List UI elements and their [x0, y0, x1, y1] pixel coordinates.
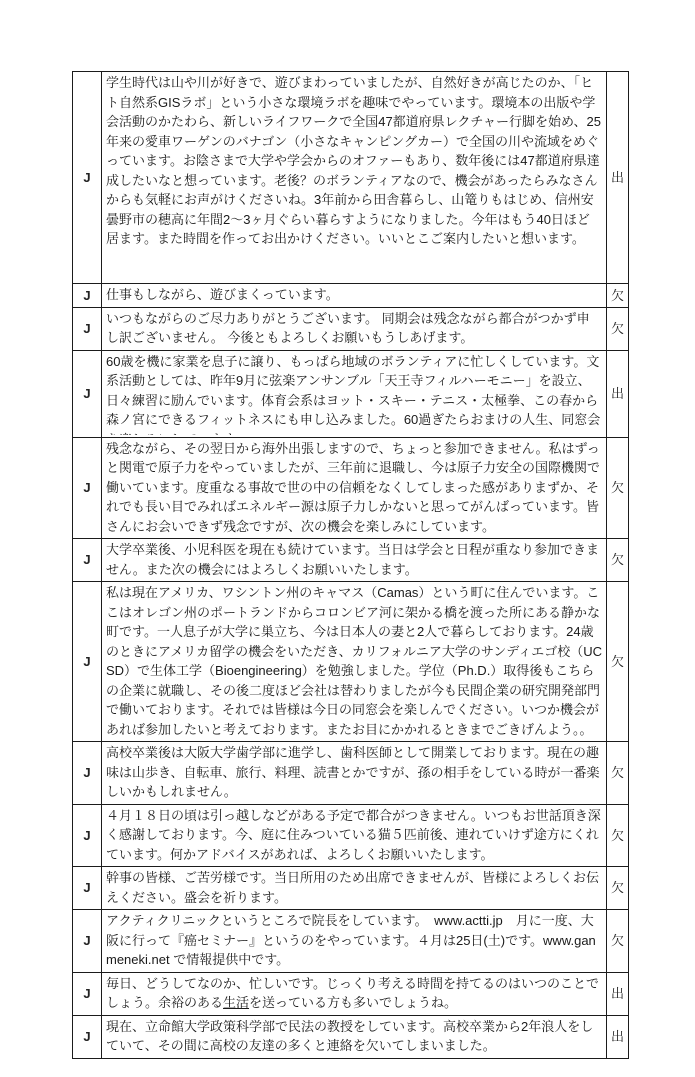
attendance-status-cell: 出: [607, 1015, 629, 1058]
class-cell: J: [73, 582, 102, 742]
class-cell: J: [73, 437, 102, 539]
class-cell: J: [73, 742, 102, 805]
attendance-status-cell: 出: [607, 972, 629, 1015]
attendance-status-cell: 欠: [607, 867, 629, 910]
class-cell: J: [73, 910, 102, 973]
message-text: 現在、立命館大学政策科学部で民法の教授をしています。高校卒業から2年浪人をしてい…: [106, 1017, 602, 1056]
message-cell: 学生時代は山や川が好きで、遊びまわっていましたが、自然好きが高じたのか、「ヒト自…: [102, 72, 607, 284]
message-cell: 現在、立命館大学政策科学部で民法の教授をしています。高校卒業から2年浪人をしてい…: [102, 1015, 607, 1058]
table-row: J アクティクリニックというところで院長をしています。 www.actti.jp…: [73, 910, 629, 973]
message-text: いつもながらのご尽力ありがとうございます。 同期会は残念ながら都合がつかず申し訳…: [106, 309, 602, 348]
attendance-status-cell: 欠: [607, 284, 629, 308]
message-text: 毎日、どうしてなのか、忙しいです。じっくり考える時間を持てるのはいつのことでしょ…: [106, 974, 602, 1013]
table-row: J 私は現在アメリカ、ワシントン州のキャマス（Camas）という町に住んでいます…: [73, 582, 629, 742]
class-cell: J: [73, 972, 102, 1015]
table-row: J 幹事の皆様、ご苦労様です。当日所用のため出席できませんが、皆様によろしくお伝…: [73, 867, 629, 910]
attendance-status-cell: 欠: [607, 539, 629, 582]
message-cell: 毎日、どうしてなのか、忙しいです。じっくり考える時間を持てるのはいつのことでしょ…: [102, 972, 607, 1015]
class-cell: J: [73, 284, 102, 308]
attendance-table: J 学生時代は山や川が好きで、遊びまわっていましたが、自然好きが高じたのか、「ヒ…: [72, 71, 629, 1059]
message-text: ４月１８日の頃は引っ越しなどがある予定で都合がつきません。いつもお世話頂き深く感…: [106, 806, 602, 865]
table-row: J 現在、立命館大学政策科学部で民法の教授をしています。高校卒業から2年浪人をし…: [73, 1015, 629, 1058]
message-text: 学生時代は山や川が好きで、遊びまわっていましたが、自然好きが高じたのか、「ヒト自…: [106, 73, 602, 281]
attendance-status-cell: 欠: [607, 910, 629, 973]
attendance-status-cell: 出: [607, 350, 629, 437]
attendance-status-cell: 欠: [607, 437, 629, 539]
attendance-status-cell: 欠: [607, 742, 629, 805]
class-cell: J: [73, 1015, 102, 1058]
table-row: J 60歳を機に家業を息子に譲り、もっぱら地域のボランティアに忙しくしています。…: [73, 350, 629, 437]
message-cell: 仕事もしながら、遊びまくっています。: [102, 284, 607, 308]
table-row: J 毎日、どうしてなのか、忙しいです。じっくり考える時間を持てるのはいつのことで…: [73, 972, 629, 1015]
message-text-underlined: 生活: [223, 995, 249, 1010]
message-text: 幹事の皆様、ご苦労様です。当日所用のため出席できませんが、皆様によろしくお伝えく…: [106, 868, 602, 907]
table-row: J 仕事もしながら、遊びまくっています。 欠: [73, 284, 629, 308]
message-cell: いつもながらのご尽力ありがとうございます。 同期会は残念ながら都合がつかず申し訳…: [102, 307, 607, 350]
table-row: J 大学卒業後、小児科医を現在も続けています。当日は学会と日程が重なり参加できま…: [73, 539, 629, 582]
table-row: J 学生時代は山や川が好きで、遊びまわっていましたが、自然好きが高じたのか、「ヒ…: [73, 72, 629, 284]
message-cell: 大学卒業後、小児科医を現在も続けています。当日は学会と日程が重なり参加できません…: [102, 539, 607, 582]
message-text: 高校卒業後は大阪大学歯学部に進学し、歯科医師として開業しております。現在の趣味は…: [106, 743, 602, 802]
message-cell: 残念ながら、その翌日から海外出張しますので、ちょっと参加できません。私はずっと関…: [102, 437, 607, 539]
table-row: J 高校卒業後は大阪大学歯学部に進学し、歯科医師として開業しております。現在の趣…: [73, 742, 629, 805]
class-cell: J: [73, 539, 102, 582]
table-row: J いつもながらのご尽力ありがとうございます。 同期会は残念ながら都合がつかず申…: [73, 307, 629, 350]
attendance-status-cell: 欠: [607, 307, 629, 350]
class-cell: J: [73, 867, 102, 910]
class-cell: J: [73, 72, 102, 284]
message-cell: 幹事の皆様、ご苦労様です。当日所用のため出席できませんが、皆様によろしくお伝えく…: [102, 867, 607, 910]
message-cell: ４月１８日の頃は引っ越しなどがある予定で都合がつきません。いつもお世話頂き深く感…: [102, 804, 607, 867]
message-text-post: を送っている方も多いでしょうね。: [249, 995, 457, 1010]
message-text-main: 60歳を機に家業を息子に譲り、もっぱら地域のボランティアに忙しくしています。文系…: [106, 354, 599, 428]
attendance-status-cell: 出: [607, 72, 629, 284]
message-cell: アクティクリニックというところで院長をしています。 www.actti.jp 月…: [102, 910, 607, 973]
class-cell: J: [73, 804, 102, 867]
message-cell: 私は現在アメリカ、ワシントン州のキャマス（Camas）という町に住んでいます。こ…: [102, 582, 607, 742]
message-cell: 高校卒業後は大阪大学歯学部に進学し、歯科医師として開業しております。現在の趣味は…: [102, 742, 607, 805]
class-cell: J: [73, 307, 102, 350]
table-row: J 残念ながら、その翌日から海外出張しますので、ちょっと参加できません。私はずっ…: [73, 437, 629, 539]
message-text: アクティクリニックというところで院長をしています。 www.actti.jp 月…: [106, 911, 602, 970]
table-row: J ４月１８日の頃は引っ越しなどがある予定で都合がつきません。いつもお世話頂き深…: [73, 804, 629, 867]
message-text: 60歳を機に家業を息子に譲り、もっぱら地域のボランティアに忙しくしています。文系…: [106, 352, 602, 435]
attendance-status-cell: 欠: [607, 582, 629, 742]
message-cell: 60歳を機に家業を息子に譲り、もっぱら地域のボランティアに忙しくしています。文系…: [102, 350, 607, 437]
class-cell: J: [73, 350, 102, 437]
message-text: 残念ながら、その翌日から海外出張しますので、ちょっと参加できません。私はずっと関…: [106, 439, 602, 537]
message-text: 私は現在アメリカ、ワシントン州のキャマス（Camas）という町に住んでいます。こ…: [106, 583, 602, 739]
message-text: 大学卒業後、小児科医を現在も続けています。当日は学会と日程が重なり参加できません…: [106, 540, 602, 579]
document-page: J 学生時代は山や川が好きで、遊びまわっていましたが、自然好きが高じたのか、「ヒ…: [0, 0, 695, 1077]
message-text: 仕事もしながら、遊びまくっています。: [106, 285, 602, 305]
attendance-status-cell: 欠: [607, 804, 629, 867]
